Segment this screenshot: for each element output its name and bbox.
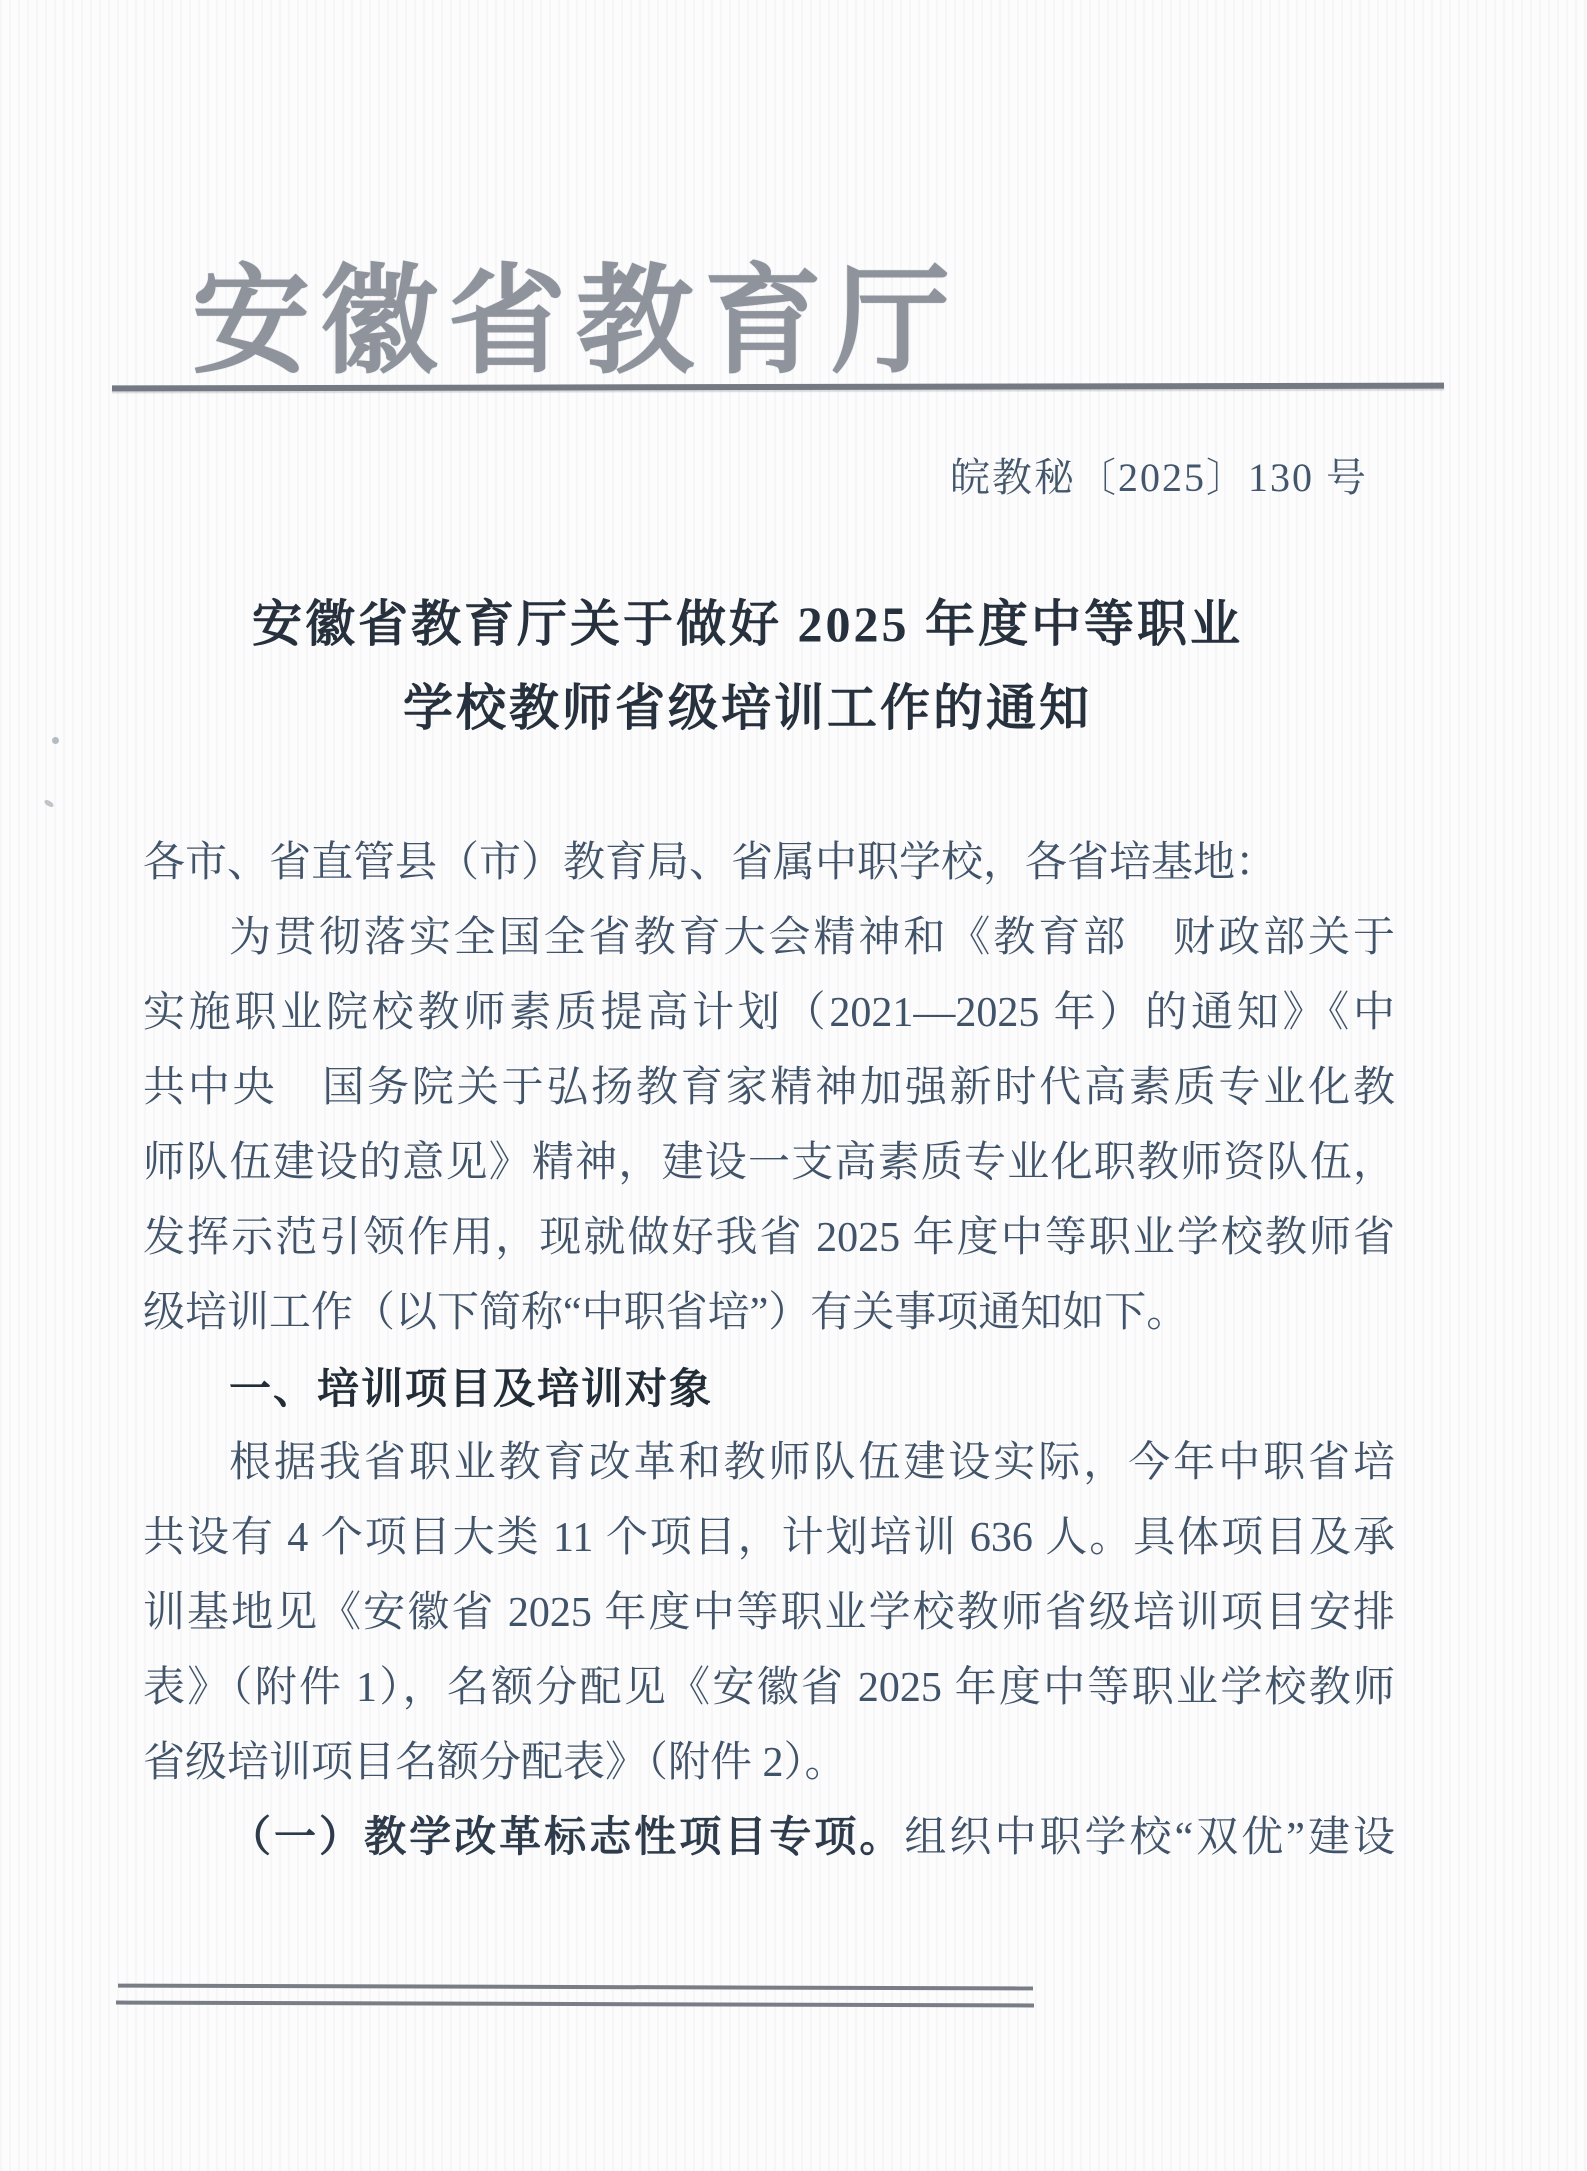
paragraph2-line5: 省级培训项目名额分配表》（附件 2）。 (143, 1726, 1395, 1801)
footer-rule-bottom (116, 2001, 1034, 2008)
paragraph2-line2: 共设有 4 个项目大类 11 个项目，计划培训 636 人。具体项目及承 (143, 1501, 1395, 1576)
notice-body: 各市、省直管县（市）教育局、省属中职学校，各省培基地： 为贯彻落实全国全省教育大… (143, 826, 1395, 1876)
paragraph2-line3: 训基地见《安徽省 2025 年度中等职业学校教师省级培训项目安排 (143, 1576, 1395, 1651)
scan-artifact-mark (43, 799, 54, 809)
section-heading-1: 一、培训项目及培训对象 (143, 1351, 1395, 1426)
scan-artifact-dot (52, 737, 59, 744)
agency-header-title: 安徽省教育厅 (192, 226, 960, 396)
notice-title-line2: 学校教师省级培训工作的通知 (140, 666, 1355, 750)
footer-rule-top (118, 1984, 1033, 1991)
paragraph1-line5: 发挥示范引领作用，现就做好我省 2025 年度中等职业学校教师省 (143, 1201, 1395, 1276)
paragraph1-line3: 共中央 国务院关于弘扬教育家精神加强新时代高素质专业化教 (143, 1051, 1395, 1126)
paragraph2-line1: 根据我省职业教育改革和教师队伍建设实际，今年中职省培 (143, 1426, 1395, 1501)
paragraph1-line4: 师队伍建设的意见》精神，建设一支高素质专业化职教师资队伍， (143, 1126, 1395, 1201)
paragraph1-line6: 级培训工作（以下简称“中职省培”）有关事项通知如下。 (143, 1276, 1395, 1351)
paragraph3-text: 组织中职学校“双优”建设 (904, 1815, 1395, 1861)
notice-title-line1: 安徽省教育厅关于做好 2025 年度中等职业 (140, 582, 1355, 666)
paragraph1-line1: 为贯彻落实全国全省教育大会精神和《教育部 财政部关于 (143, 901, 1395, 976)
salutation-line: 各市、省直管县（市）教育局、省属中职学校，各省培基地： (143, 826, 1395, 901)
paragraph2-line4: 表》（附件 1），名额分配见《安徽省 2025 年度中等职业学校教师 (143, 1651, 1395, 1726)
document-page: 安徽省教育厅 皖教秘〔2025〕130 号 安徽省教育厅关于做好 2025 年度… (0, 0, 1587, 2171)
paragraph3-lead-label: （一）教学改革标志性项目专项。 (229, 1815, 904, 1861)
paragraph3-line1: （一）教学改革标志性项目专项。组织中职学校“双优”建设 (143, 1801, 1395, 1876)
document-number: 皖教秘〔2025〕130 号 (950, 446, 1368, 503)
notice-title: 安徽省教育厅关于做好 2025 年度中等职业 学校教师省级培训工作的通知 (140, 582, 1355, 750)
paragraph1-line2: 实施职业院校教师素质提高计划（2021—2025 年）的通知》《中 (143, 976, 1395, 1051)
